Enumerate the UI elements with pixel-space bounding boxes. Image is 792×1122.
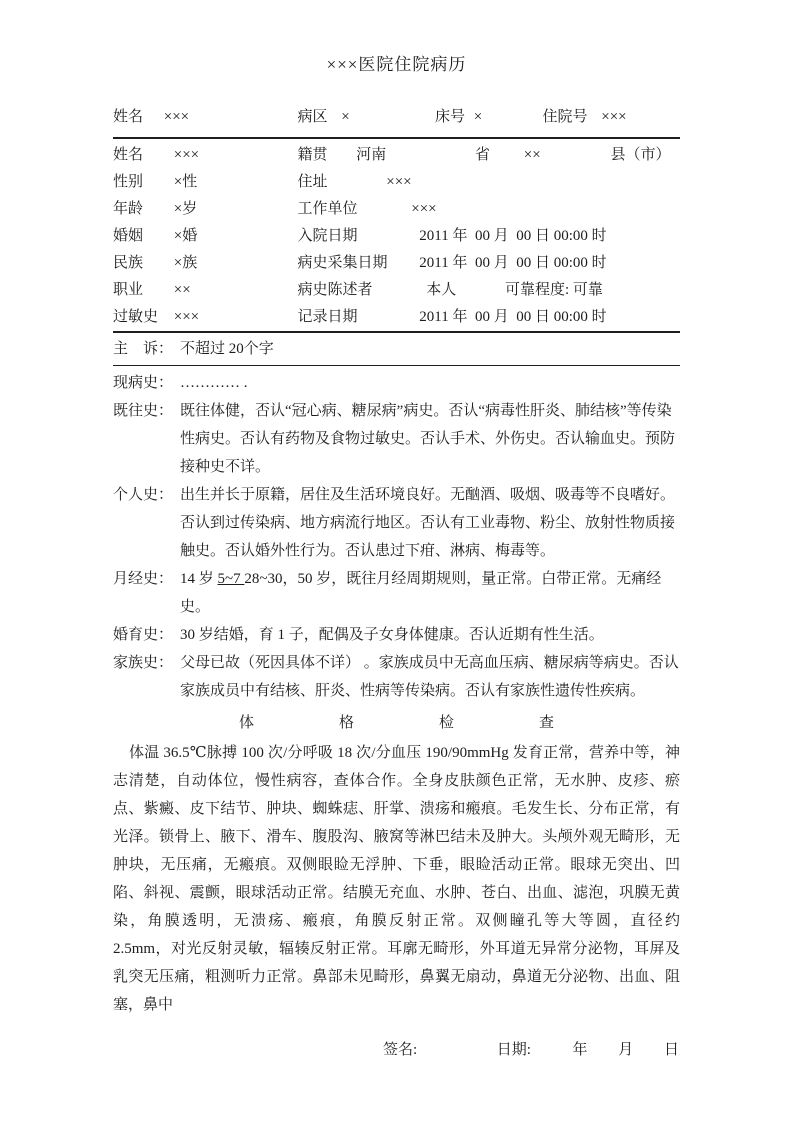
section-text: 出生并长于原籍，居住及生活环境良好。无酗酒、吸烟、吸毒等不良嗜好。否认到过传染病… <box>180 487 675 559</box>
history-sections: 现病史： ………… . 既往史： 既往体健，否认“冠心病、糖尿病”病史。否认“病… <box>113 369 680 705</box>
field-label: 县（市） <box>611 142 671 169</box>
reliability-value: 可靠程度: 可靠 <box>505 277 603 304</box>
document-title: ×××医院住院病历 <box>113 52 680 78</box>
field-value: ×婚 <box>174 223 294 250</box>
section-label: 个人史： <box>113 481 173 509</box>
field-value: ×族 <box>174 250 294 277</box>
medical-record-page: ×××医院住院病历 姓名 ××× 病区 × 床号 × 住院号 ××× 姓名 ××… <box>0 0 792 1122</box>
info-row-marriage-admissiondate: 婚姻 ×婚 入院日期 2011 年 00 月 00 日 00:00 时 <box>113 223 680 250</box>
month-label: 月 <box>618 1037 660 1064</box>
field-label: 住址 <box>298 169 383 196</box>
field-value: ×岁 <box>174 196 294 223</box>
signature-footer: 签名: 日期: 年 月 日 <box>113 1037 680 1064</box>
field-value: ××× <box>174 142 294 169</box>
bed-value: × <box>474 104 539 131</box>
info-row-allergy-recorddate: 过敏史 ××× 记录日期 2011 年 00 月 00 日 00:00 时 <box>113 304 680 331</box>
field-label: 性别 <box>113 169 170 196</box>
info-row-occupation-narrator: 职业 ×× 病史陈述者 本人 可靠程度: 可靠 <box>113 277 680 304</box>
section-label: 家族史： <box>113 649 173 677</box>
section-text: ………… . <box>180 375 248 391</box>
section-text: 既往体健，否认“冠心病、糖尿病”病史。否认“病毒性肝炎、肺结核”等传染性病史。否… <box>180 403 675 475</box>
signature-label: 签名: <box>383 1037 493 1064</box>
field-label: 入院日期 <box>298 223 416 250</box>
marital-history-section: 婚育史： 30 岁结婚，育 1 子，配偶及子女身体健康。否认近期有性生活。 <box>113 621 680 649</box>
year-label: 年 <box>573 1037 615 1064</box>
section-text: 30 岁结婚，育 1 子，配偶及子女身体健康。否认近期有性生活。 <box>180 627 604 643</box>
name-value: ××× <box>164 104 294 131</box>
field-label: 工作单位 <box>298 196 408 223</box>
field-value: 2011 年 00 月 00 日 00:00 时 <box>419 304 606 331</box>
divider-mid <box>113 331 680 333</box>
field-value: ×× <box>174 277 294 304</box>
divider-chief <box>113 365 680 366</box>
chief-complaint-text: 不超过 20个字 <box>180 341 274 357</box>
section-label: 月经史： <box>113 565 173 593</box>
section-label: 现病史： <box>113 369 173 397</box>
field-value: ×性 <box>174 169 294 196</box>
field-label: 姓名 <box>113 142 170 169</box>
past-history-section: 既往史： 既往体健，否认“冠心病、糖尿病”病史。否认“病毒性肝炎、肺结核”等传染… <box>113 397 680 481</box>
personal-history-section: 个人史： 出生并长于原籍，居住及生活环境良好。无酗酒、吸烟、吸毒等不良嗜好。否认… <box>113 481 680 565</box>
section-text: 父母已故（死因具体不详） 。家族成员中无高血压病、糖尿病等病史。否认家族成员中有… <box>180 655 679 699</box>
field-label: 过敏史 <box>113 304 170 331</box>
ward-label: 病区 <box>298 104 338 131</box>
section-text-suffix: 28~30，50 岁，既往月经周期规则，量正常。白带正常。无痛经史。 <box>180 571 661 615</box>
field-label: 病史陈述者 <box>298 277 423 304</box>
info-row-ethnic-collectiondate: 民族 ×族 病史采集日期 2011 年 00 月 00 日 00:00 时 <box>113 250 680 277</box>
field-label: 病史采集日期 <box>298 250 416 277</box>
field-label: 省 <box>475 142 520 169</box>
field-label: 记录日期 <box>298 304 416 331</box>
patient-info-table: 姓名 ××× 籍贯 河南 省 ×× 县（市） 性别 ×性 住址 ××× 年龄 ×… <box>113 142 680 331</box>
present-illness-section: 现病史： ………… . <box>113 369 680 397</box>
family-history-section: 家族史： 父母已故（死因具体不详） 。家族成员中无高血压病、糖尿病等病史。否认家… <box>113 649 680 705</box>
field-value: ××× <box>174 304 294 331</box>
divider-top <box>113 137 680 139</box>
admission-no-value: ××× <box>601 104 626 131</box>
page-content: ×××医院住院病历 姓名 ××× 病区 × 床号 × 住院号 ××× 姓名 ××… <box>113 52 680 1064</box>
field-value: 2011 年 00 月 00 日 00:00 时 <box>419 223 606 250</box>
patient-header-row: 姓名 ××× 病区 × 床号 × 住院号 ××× <box>113 104 680 131</box>
field-label: 民族 <box>113 250 170 277</box>
field-value: 2011 年 00 月 00 日 00:00 时 <box>419 250 606 277</box>
name-label: 姓名 <box>113 104 160 131</box>
section-text-underlined: 5~7 <box>218 571 245 587</box>
section-label: 婚育史： <box>113 621 173 649</box>
chief-complaint-label: 主 诉： <box>113 336 173 363</box>
day-label: 日 <box>664 1037 679 1064</box>
info-row-name-origin: 姓名 ××× 籍贯 河南 省 ×× 县（市） <box>113 142 680 169</box>
field-value: ××× <box>386 169 411 196</box>
section-text-prefix: 14 岁 <box>180 571 218 587</box>
field-value: ×× <box>524 142 607 169</box>
ward-value: × <box>341 104 431 131</box>
info-row-age-workunit: 年龄 ×岁 工作单位 ××× <box>113 196 680 223</box>
physical-exam-text: 体温 36.5℃脉搏 100 次/分呼吸 18 次/分血压 190/90mmHg… <box>113 739 680 1019</box>
field-label: 职业 <box>113 277 170 304</box>
chief-complaint: 主 诉： 不超过 20个字 <box>113 336 680 363</box>
field-value: 河南 <box>356 142 471 169</box>
field-label: 年龄 <box>113 196 170 223</box>
field-label: 籍贯 <box>298 142 353 169</box>
field-value: ××× <box>411 196 436 223</box>
bed-label: 床号 <box>435 104 470 131</box>
admission-no-label: 住院号 <box>543 104 598 131</box>
physical-exam-heading: 体格检查 <box>113 709 680 737</box>
info-row-gender-address: 性别 ×性 住址 ××× <box>113 169 680 196</box>
date-label: 日期: <box>497 1037 569 1064</box>
menstrual-history-section: 月经史： 14 岁 5~7 28~30，50 岁，既往月经周期规则，量正常。白带… <box>113 565 680 621</box>
field-value: 本人 <box>426 277 501 304</box>
field-label: 婚姻 <box>113 223 170 250</box>
section-label: 既往史： <box>113 397 173 425</box>
